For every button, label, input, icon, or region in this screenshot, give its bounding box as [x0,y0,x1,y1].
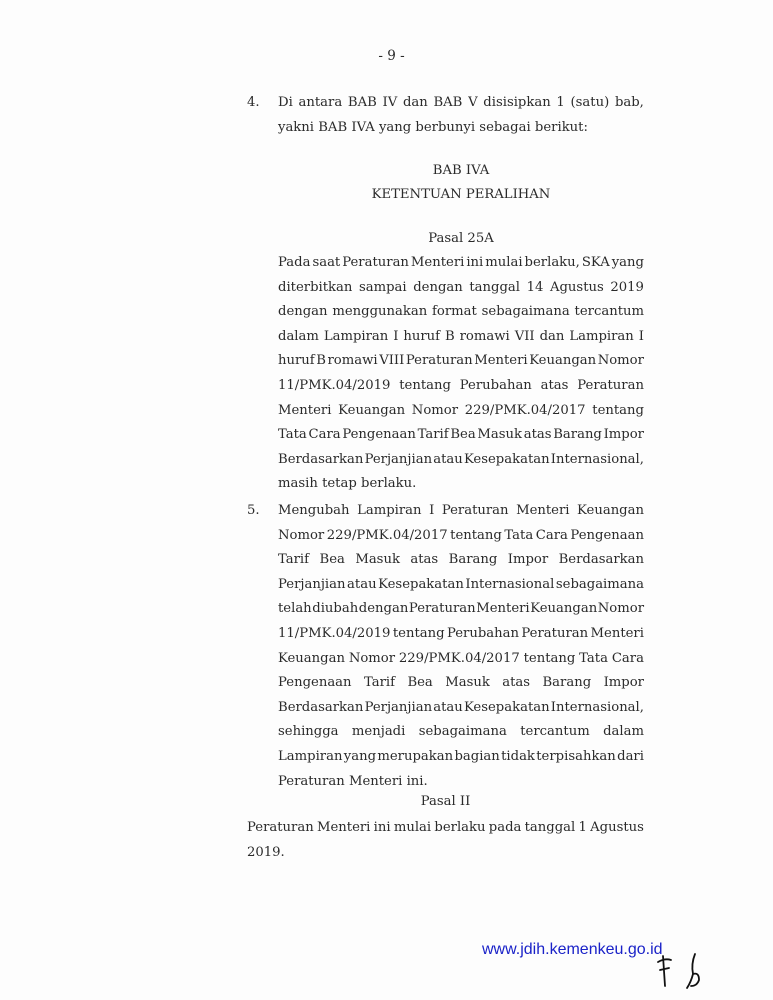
text-line: DiantaraBABIVdanBABVdisisipkan1(satu)bab… [278,91,644,116]
text-line: PadasaatPeraturanMenteriinimulaiberlaku,… [278,251,644,276]
text-line: MengubahLampiranIPeraturanMenteriKeuanga… [278,499,644,524]
item-4-text: DiantaraBABIVdanBABVdisisipkan1(satu)bab… [278,91,644,140]
text-line: PeraturanMenteriini. [278,770,644,795]
text-line: BerdasarkanPerjanjianatauKesepakatanInte… [278,448,644,473]
document-page: - 9 - 4. DiantaraBABIVdanBABVdisisipkan1… [0,0,773,1000]
text-line: TarifBeaMasukatasBarangImporBerdasarkan [278,548,644,573]
item-5-text: MengubahLampiranIPeraturanMenteriKeuanga… [278,499,644,794]
text-line: KeuanganNomor229/PMK.04/2017tentangTataC… [278,647,644,672]
text-line: PeraturanMenteriinimulaiberlakupadatangg… [247,816,644,841]
text-line: yakniBABIVAyangberbunyisebagaiberikut: [278,116,644,141]
chapter-subtitle: KETENTUAN PERALIHAN [278,187,644,202]
text-line: telahdiubahdenganPeraturanMenteriKeuanga… [278,597,644,622]
handwritten-initials-icon [655,950,715,990]
item-number: 5. [247,499,260,524]
text-line: sehinggamenjadisebagaimanatercantumdalam [278,720,644,745]
text-line: TataCaraPengenaanTarifBeaMasukatasBarang… [278,423,644,448]
item-number: 4. [247,91,260,116]
text-line: denganmenggunakanformatsebagaimanatercan… [278,300,644,325]
text-line: PengenaanTarifBeaMasukatasBarangImpor [278,671,644,696]
article-ii-text: PeraturanMenteriinimulaiberlakupadatangg… [247,816,644,865]
page-number: - 9 - [0,48,773,64]
article-25a-title: Pasal 25A [278,231,644,246]
text-line: masihtetapberlaku. [278,472,644,497]
text-line: 2019. [247,841,644,866]
text-line: 11/PMK.04/2019tentangPerubahanPeraturanM… [278,622,644,647]
text-line: Lampiranyangmerupakanbagiantidakterpisah… [278,745,644,770]
text-line: dalamLampiranIhurufBromawiVIIdanLampiran… [278,325,644,350]
article-25a-text: PadasaatPeraturanMenteriinimulaiberlaku,… [278,251,644,497]
text-line: PerjanjianatauKesepakatanInternasionalse… [278,573,644,598]
text-line: hurufBromawiVIIIPeraturanMenteriKeuangan… [278,349,644,374]
text-line: BerdasarkanPerjanjianatauKesepakatanInte… [278,696,644,721]
text-line: diterbitkansampaidengantanggal14Agustus2… [278,276,644,301]
chapter-title: BAB IVA [278,163,644,178]
text-line: MenteriKeuanganNomor229/PMK.04/2017tenta… [278,399,644,424]
text-line: Nomor229/PMK.04/2017tentangTataCaraPenge… [278,524,644,549]
jdih-website-link[interactable]: www.jdih.kemenkeu.go.id [482,941,663,959]
text-line: 11/PMK.04/2019tentangPerubahanatasPeratu… [278,374,644,399]
article-ii-title: Pasal II [247,794,644,809]
